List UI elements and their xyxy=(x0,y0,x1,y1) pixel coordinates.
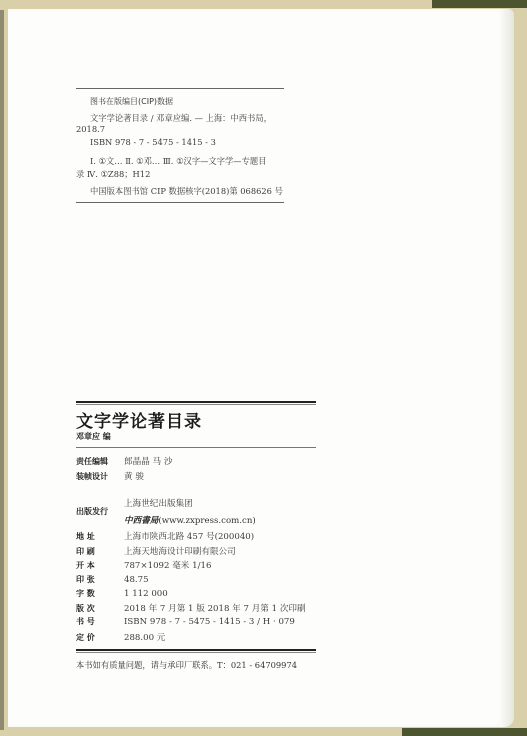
cover-green-top xyxy=(432,0,527,8)
label: 印 张 xyxy=(76,574,124,585)
imprint-row: 印 张48.75 xyxy=(76,574,149,587)
publisher-group: 上海世纪出版集团 xyxy=(124,497,193,509)
cover-green-bottom xyxy=(402,728,527,736)
label: 责任编辑 xyxy=(76,456,124,467)
credit-responsible-editor: 责任编辑郎晶晶 马 沙 xyxy=(76,455,172,468)
value: 郎晶晶 马 沙 xyxy=(124,457,172,467)
label: 装帧设计 xyxy=(76,471,124,482)
cip-line-1: 文字学论著目录 / 邓章应编. — 上海：中西书局， xyxy=(90,112,272,124)
value: 288.00 元 xyxy=(124,633,165,643)
imprint-row: 地 址上海市陕西北路 457 号(200040) xyxy=(76,530,254,543)
publisher-brand: 中西書局 xyxy=(124,516,158,526)
imprint-row: 定 价288.00 元 xyxy=(76,631,165,644)
label: 定 价 xyxy=(76,632,124,643)
value: 上海市陕西北路 457 号(200040) xyxy=(124,532,254,542)
value: ISBN 978 - 7 - 5475 - 1415 - 3 / H · 079 xyxy=(124,617,295,627)
cip-top-rule xyxy=(76,88,284,89)
footer-rule-thin xyxy=(76,652,316,653)
value: 黄 骏 xyxy=(124,472,144,482)
label: 字 数 xyxy=(76,588,124,599)
label: 开 本 xyxy=(76,560,124,571)
value: 787×1092 毫米 1/16 xyxy=(124,561,211,571)
imprint-row: 书 号ISBN 978 - 7 - 5475 - 1415 - 3 / H · … xyxy=(76,616,295,629)
publisher-line-2: 中西書局(www.zxpress.com.cn) xyxy=(124,514,256,526)
imprint-row: 开 本787×1092 毫米 1/16 xyxy=(76,559,211,572)
cip-classification-2: 录 Ⅳ. ①Z88；H12 xyxy=(76,168,150,180)
imprint-row: 字 数1 112 000 xyxy=(76,588,168,601)
imprint-row: 版 次2018 年 7 月第 1 版 2018 年 7 月第 1 次印刷 xyxy=(76,602,306,615)
book-title: 文字学论著目录 xyxy=(76,407,202,432)
value: 上海天地海设计印刷有限公司 xyxy=(124,547,236,557)
book-editor: 邓章应 编 xyxy=(76,431,111,442)
publisher-url: (www.zxpress.com.cn) xyxy=(158,516,255,526)
value: 1 112 000 xyxy=(124,589,168,599)
title-top-rule xyxy=(76,401,316,403)
title-top-rule-thin xyxy=(76,404,316,405)
cip-line-2: 2018.7 xyxy=(76,124,105,134)
label: 版 次 xyxy=(76,603,124,614)
cip-heading: 图书在版编目(CIP)数据 xyxy=(90,96,173,107)
cip-classification-1: Ⅰ. ①文… Ⅱ. ①邓… Ⅲ. ①汉字—文字学—专题目 xyxy=(90,155,267,167)
footer-rule xyxy=(76,649,316,651)
quality-notice: 本书如有质量问题，请与承印厂联系。T：021 - 64709974 xyxy=(76,659,297,671)
label: 书 号 xyxy=(76,616,124,627)
cover-left-shadow xyxy=(0,10,4,730)
cip-isbn: ISBN 978 - 7 - 5475 - 1415 - 3 xyxy=(90,137,216,147)
page-edge-shadow xyxy=(500,9,514,727)
value: 48.75 xyxy=(124,575,149,585)
imprint-row: 印 刷上海天地海设计印刷有限公司 xyxy=(76,545,236,558)
label: 印 刷 xyxy=(76,546,124,557)
cip-number: 中国版本图书馆 CIP 数据核字(2018)第 068626 号 xyxy=(90,185,283,197)
credit-binding-design: 装帧设计黄 骏 xyxy=(76,470,144,483)
label: 地 址 xyxy=(76,531,124,542)
cip-bottom-rule xyxy=(76,202,284,203)
title-bottom-rule xyxy=(76,447,316,448)
publisher-label: 出版发行 xyxy=(76,506,108,517)
value: 2018 年 7 月第 1 版 2018 年 7 月第 1 次印刷 xyxy=(124,604,306,614)
